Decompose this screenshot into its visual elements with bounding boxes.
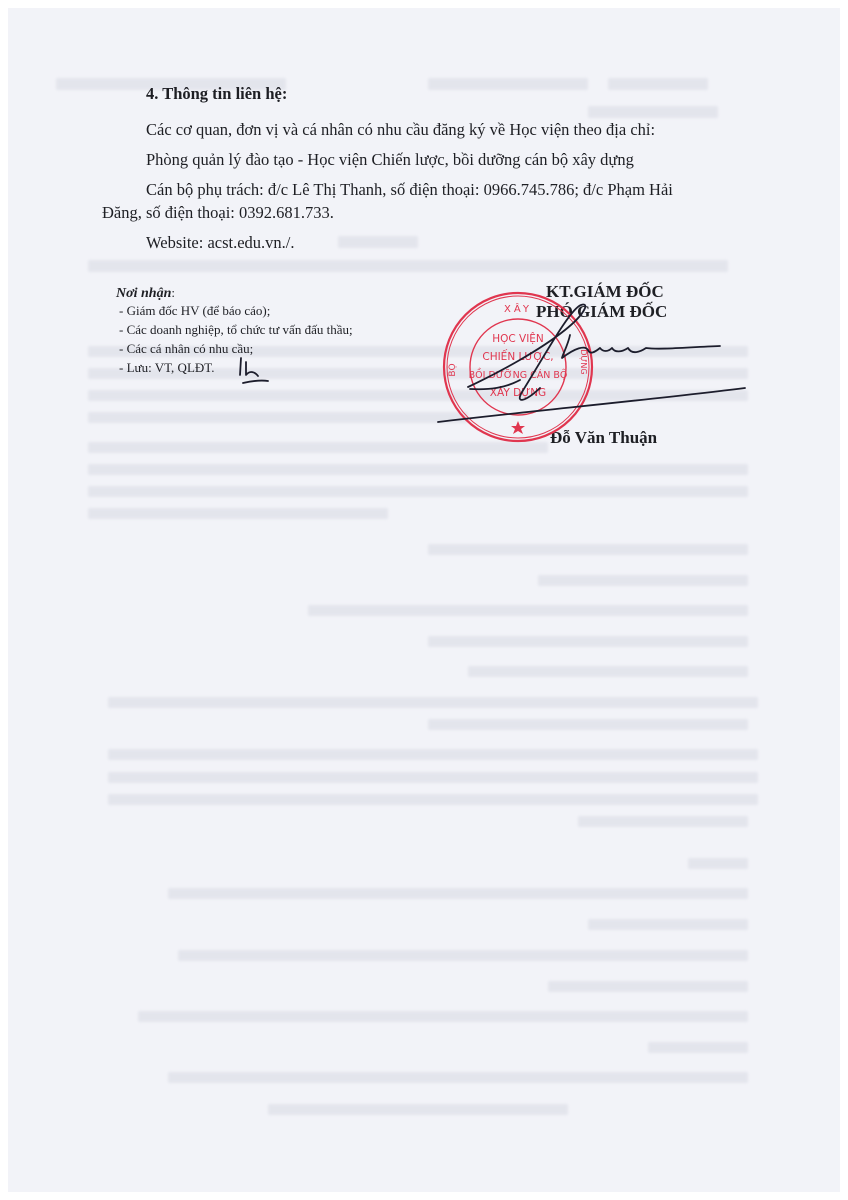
bleed-through bbox=[538, 575, 748, 586]
section-heading: 4. Thông tin liên hệ: bbox=[146, 84, 287, 104]
contact-persons-cont: Đăng, số điện thoại: 0392.681.733. bbox=[102, 203, 334, 223]
bleed-through bbox=[108, 749, 758, 760]
bleed-through bbox=[338, 236, 418, 248]
contact-department: Phòng quản lý đào tạo - Học viện Chiến l… bbox=[146, 150, 634, 170]
bleed-through bbox=[268, 1104, 568, 1115]
recipient-item: - Các cá nhân có nhu cầu; bbox=[119, 341, 253, 356]
recipients-title: Nơi nhận: bbox=[116, 282, 175, 304]
stamp-top-text: XÂY bbox=[504, 302, 532, 315]
bleed-through bbox=[428, 636, 748, 647]
bleed-through bbox=[168, 1072, 748, 1083]
recipients-title-text: Nơi nhận bbox=[116, 286, 171, 301]
bleed-through bbox=[308, 605, 748, 616]
bleed-through bbox=[588, 919, 748, 930]
bleed-through bbox=[108, 772, 758, 783]
bleed-through bbox=[88, 260, 728, 272]
bleed-through bbox=[648, 1042, 748, 1053]
bleed-through bbox=[178, 950, 748, 961]
recipient-item: - Các doanh nghiệp, tổ chức tư vấn đấu t… bbox=[119, 322, 353, 337]
stamp-right-text: DỰNG bbox=[579, 349, 588, 374]
bleed-through bbox=[108, 794, 758, 805]
bleed-through bbox=[578, 816, 748, 827]
bleed-through bbox=[88, 412, 468, 423]
bleed-through bbox=[688, 858, 748, 869]
bleed-through bbox=[108, 697, 758, 708]
bleed-through bbox=[88, 390, 748, 401]
recipient-item: - Lưu: VT, QLĐT. bbox=[119, 360, 215, 375]
stamp-line: CHIẾN LƯỢC, bbox=[482, 349, 553, 363]
stamp-line: XÂY DỰNG bbox=[490, 386, 546, 399]
bleed-through bbox=[138, 1011, 748, 1022]
bleed-through bbox=[168, 888, 748, 899]
contact-intro: Các cơ quan, đơn vị và cá nhân có nhu cầ… bbox=[146, 120, 655, 140]
stamp-line: BỒI DƯỠNG CÁN BỘ bbox=[469, 368, 568, 381]
star-icon bbox=[511, 421, 525, 434]
recipient-item: - Giám đốc HV (để báo cáo); bbox=[119, 303, 270, 318]
official-stamp: XÂY BỘ DỰNG HỌC VIỆN CHIẾN LƯỢC, BỒI DƯỠ… bbox=[441, 290, 595, 444]
bleed-through bbox=[88, 508, 388, 519]
bleed-through bbox=[88, 464, 748, 475]
recipients-title-colon: : bbox=[171, 285, 175, 300]
bleed-through bbox=[428, 544, 748, 555]
bleed-through bbox=[88, 486, 748, 497]
stamp-left-text: BỘ bbox=[446, 363, 458, 376]
bleed-through bbox=[588, 106, 718, 118]
bleed-through bbox=[608, 78, 708, 90]
stamp-line: HỌC VIỆN bbox=[492, 332, 544, 345]
contact-persons: Cán bộ phụ trách: đ/c Lê Thị Thanh, số đ… bbox=[146, 180, 673, 200]
bleed-through bbox=[428, 719, 748, 730]
bleed-through bbox=[428, 78, 588, 90]
bleed-through bbox=[468, 666, 748, 677]
website-link[interactable]: Website: acst.edu.vn./. bbox=[146, 233, 295, 253]
bleed-through bbox=[548, 981, 748, 992]
